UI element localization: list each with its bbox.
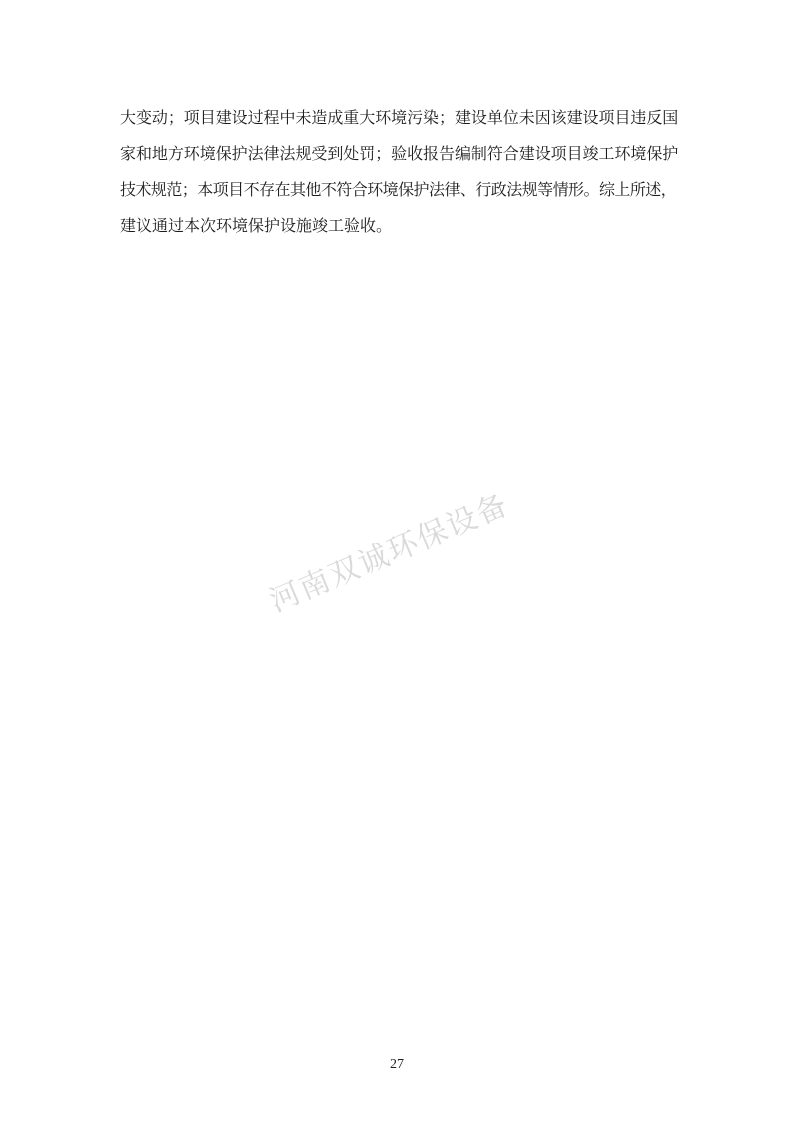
paragraph-line: 建议通过本次环境保护设施竣工验收。 <box>120 209 678 245</box>
page-footer: 27 <box>0 1057 794 1073</box>
document-page: 大变动；项目建设过程中未造成重大环境污染；建设单位未因该建设项目违反国 家和地方… <box>0 0 794 1123</box>
page-number: 27 <box>390 1057 404 1072</box>
watermark: 河南双诚环保设备 <box>262 480 515 621</box>
paragraph-line: 技术规范；本项目不存在其他不符合环境保护法律、行政法规等情形。综上所述， <box>120 173 678 209</box>
paragraph-line: 家和地方环境保护法律法规受到处罚；验收报告编制符合建设项目竣工环境保护 <box>120 137 678 173</box>
paragraph: 大变动；项目建设过程中未造成重大环境污染；建设单位未因该建设项目违反国 家和地方… <box>120 101 678 245</box>
paragraph-line: 大变动；项目建设过程中未造成重大环境污染；建设单位未因该建设项目违反国 <box>120 101 678 137</box>
